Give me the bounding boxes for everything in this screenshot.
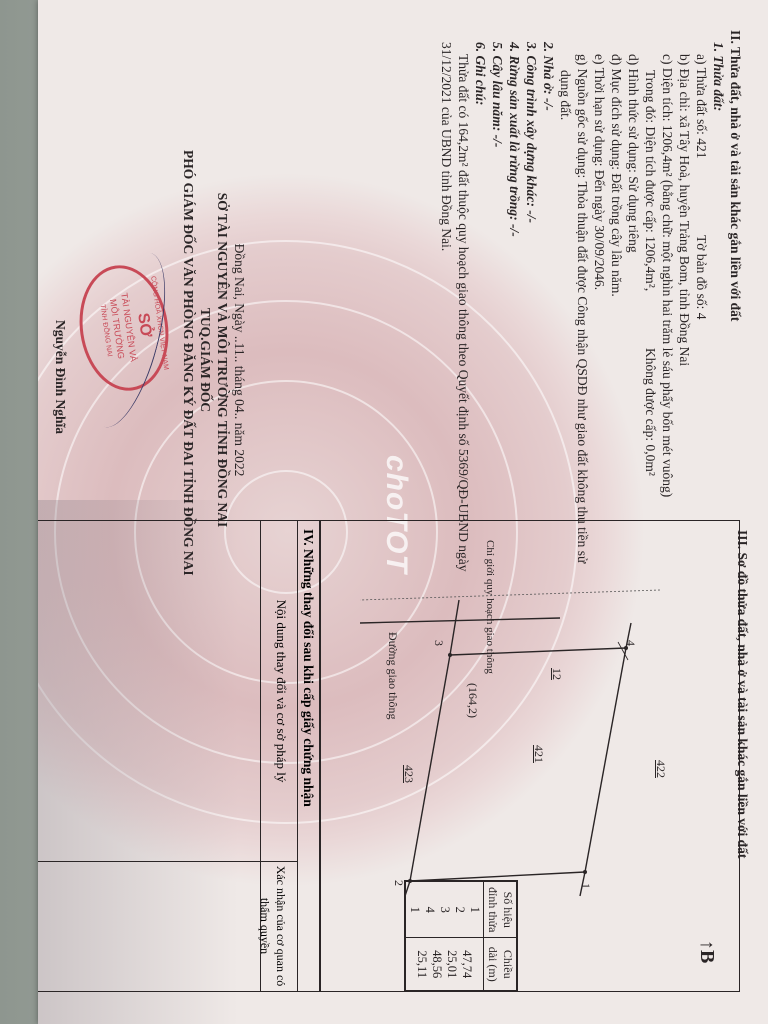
area-granted: Trong đó: Diện tích được cấp: 1206,4m², xyxy=(643,70,658,291)
confirm-column: Xác nhận của cơ quan có thẩm quyền xyxy=(260,861,297,991)
section-4-title: IV. Những thay đổi sau khi cấp giấy chứn… xyxy=(297,521,319,991)
parcel-label: 421 xyxy=(531,745,546,763)
use-purpose: đ) Mục đích sử dụng: Đất trồng cây lâu n… xyxy=(608,30,625,550)
signature-block: Đồng Nai, Ngày ..11.. tháng 04.. năm 202… xyxy=(180,150,248,570)
table-row: 1 2 3 4 1 47,74 25,01 48,56 25,11 xyxy=(406,882,484,991)
map-sheet: 4 xyxy=(694,313,709,320)
vertex-label: 3 xyxy=(431,640,446,646)
use-origin-cont: dụng đất. xyxy=(557,30,574,550)
parcel-edge xyxy=(585,648,626,872)
use-term: e) Thời hạn sử dụng: Đến ngày 30/09/2046… xyxy=(591,30,608,550)
note-heading: 6. Ghi chú: xyxy=(472,30,489,550)
vertex-label: 4 xyxy=(623,640,638,646)
perennial-trees: 5. Cây lâu năm: -/- xyxy=(489,30,506,550)
area-not-granted: Không được cấp: 0,0m² xyxy=(643,348,658,476)
confirm-column-header: Xác nhận của cơ quan có thẩm quyền xyxy=(260,861,297,991)
parcel-number: 421 xyxy=(694,138,709,158)
planted-forest: 4. Rừng sản xuất là rừng trồng: -/- xyxy=(506,30,523,550)
changes-column: Nội dung thay đổi và cơ sở pháp lý xyxy=(38,521,297,862)
planning-boundary-label: Chỉ giới quy hoạch giao thông xyxy=(484,540,496,674)
tuq-line: TUQ.GIÁM ĐỐC xyxy=(197,150,214,570)
north-label: B xyxy=(696,950,718,963)
section-4-table: IV. Những thay đổi sau khi cấp giấy chứn… xyxy=(38,520,320,992)
vertex-cell: 1 xyxy=(467,885,482,934)
planning-boundary-line xyxy=(360,590,660,600)
parcel-edge xyxy=(450,648,626,655)
area-breakdown: Trong đó: Diện tích được cấp: 1206,4m², … xyxy=(642,30,659,550)
section-2-title: II. Thửa đất, nhà ở và tài sản khác gắn … xyxy=(727,30,744,550)
use-form: d) Hình thức sử dụng: Sử dụng riêng xyxy=(625,30,642,550)
signer-title: PHÓ GIÁM ĐỐC VĂN PHÒNG ĐĂNG KÝ ĐẤT ĐAI T… xyxy=(180,150,197,570)
neighbor-parcel-bottom: 423 xyxy=(401,765,416,783)
issue-date: Đồng Nai, Ngày ..11.. tháng 04.. năm 202… xyxy=(231,150,248,570)
neighbor-parcel-left: 12 xyxy=(549,668,564,680)
north-arrow-icon: ↑B xyxy=(695,940,718,963)
road-label: Đường giao thông xyxy=(385,632,400,720)
land-heading: 1. Thửa đất: xyxy=(710,30,727,550)
land-certificate-page: choTOT II. Thửa đất, nhà ở và tài sản kh… xyxy=(38,0,768,1024)
col-header-vertex: Số hiệu đỉnh thửa xyxy=(484,882,517,938)
vertex-cell: 3 xyxy=(437,885,452,934)
house: 2. Nhà ở: -/- xyxy=(540,30,557,550)
parcel-number-line: a) Thửa đất số: 421 Tờ bản đồ số: 4 xyxy=(693,30,710,550)
use-origin: g) Nguồn gốc sử dụng: Thỏa thuận đất đượ… xyxy=(574,30,591,550)
address: b) Địa chỉ: xã Tây Hoà, huyện Trảng Bom,… xyxy=(676,30,693,550)
col-header-length: Chiều dài (m) xyxy=(484,938,517,991)
note-line-1: Thửa đất có 164,2m² đất thuộc quy hoạch … xyxy=(455,30,472,550)
length-cell: 48,56 xyxy=(429,941,444,987)
vertex-label: 1 xyxy=(578,883,593,889)
map-sheet-label: Tờ bản đồ số: xyxy=(694,235,709,309)
length-cell: 25,11 xyxy=(414,941,429,987)
vertex-cell: 4 xyxy=(422,885,437,934)
vertex-length-table: Số hiệu đỉnh thửa Chiều dài (m) 1 2 3 4 … xyxy=(404,880,518,992)
parcel-edge xyxy=(410,655,450,881)
vertex-cell: 2 xyxy=(452,885,467,934)
note-line-2: 31/12/2021 của UBND tỉnh Đồng Nai. xyxy=(438,30,455,550)
vertex-cell: 1 xyxy=(407,885,422,934)
length-cell: 25,01 xyxy=(444,941,459,987)
issuing-org: SỞ TÀI NGUYÊN VÀ MÔI TRƯỜNG TỈNH ĐỒNG NA… xyxy=(214,150,231,570)
neighbor-parcel-top: 422 xyxy=(653,760,668,778)
area: c) Diện tích: 1206,4m² (bằng chữ: một ng… xyxy=(659,30,676,550)
parcel-number-label: a) Thửa đất số: xyxy=(694,54,709,135)
planned-area-label: (164,2) xyxy=(465,683,480,718)
section-2: II. Thửa đất, nhà ở và tài sản khác gắn … xyxy=(438,30,744,550)
signer-name: Nguyễn Đình Nghĩa xyxy=(52,320,68,434)
changes-column-header: Nội dung thay đổi và cơ sở pháp lý xyxy=(260,521,297,861)
other-works: 3. Công trình xây dựng khác: -/- xyxy=(523,30,540,550)
parcel-diagram xyxy=(320,520,740,992)
length-cell: 47,74 xyxy=(459,941,474,987)
